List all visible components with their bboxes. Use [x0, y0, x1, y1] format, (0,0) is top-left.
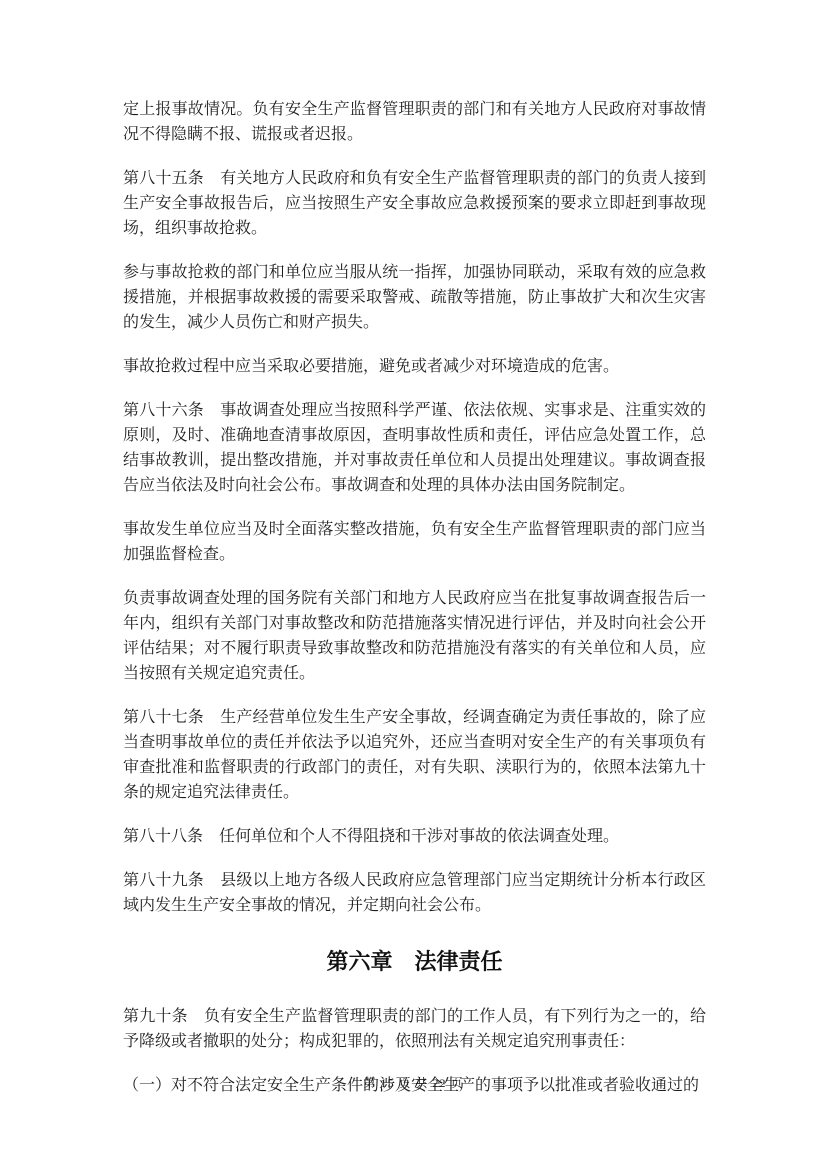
chapter-6-heading: 第六章 法律责任: [123, 946, 706, 978]
article-89-paragraph: 第八十九条 县级以上地方各级人民政府应急管理部门应当定期统计分析本行政区域内发生…: [123, 868, 706, 918]
rectification-paragraph: 事故发生单位应当及时全面落实整改措施，负有安全生产监督管理职责的部门应当加强监督…: [123, 517, 706, 567]
rescue-coordination-paragraph: 参与事故抢救的部门和单位应当服从统一指挥，加强协同联动，采取有效的应急救援措施，…: [123, 260, 706, 335]
article-87-paragraph: 第八十七条 生产经营单位发生生产安全事故，经调查确定为责任事故的，除了应当查明事…: [123, 705, 706, 805]
environment-protection-paragraph: 事故抢救过程中应当采取必要措施，避免或者减少对环境造成的危害。: [123, 354, 706, 379]
document-body: 定上报事故情况。负有安全生产监督管理职责的部门和有关地方人民政府对事故情况不得隐…: [123, 97, 706, 1117]
article-86-paragraph: 第八十六条 事故调查处理应当按照科学严谨、依法依规、实事求是、注重实效的原则，及…: [123, 398, 706, 498]
evaluation-paragraph: 负责事故调查处理的国务院有关部门和地方人民政府应当在批复事故调查报告后一年内，组…: [123, 586, 706, 686]
article-90-paragraph: 第九十条 负有安全生产监督管理职责的部门的工作人员，有下列行为之一的，给予降级或…: [123, 1004, 706, 1054]
page-number-label: 第 15 页 共 22 页: [363, 1076, 463, 1090]
paragraph-continuation-article-84: 定上报事故情况。负有安全生产监督管理职责的部门和有关地方人民政府对事故情况不得隐…: [123, 97, 706, 147]
page-footer: 第 15 页 共 22 页: [0, 1074, 827, 1092]
article-88-paragraph: 第八十八条 任何单位和个人不得阻挠和干涉对事故的依法调查处理。: [123, 824, 706, 849]
article-85-paragraph: 第八十五条 有关地方人民政府和负有安全生产监督管理职责的部门的负责人接到生产安全…: [123, 166, 706, 241]
